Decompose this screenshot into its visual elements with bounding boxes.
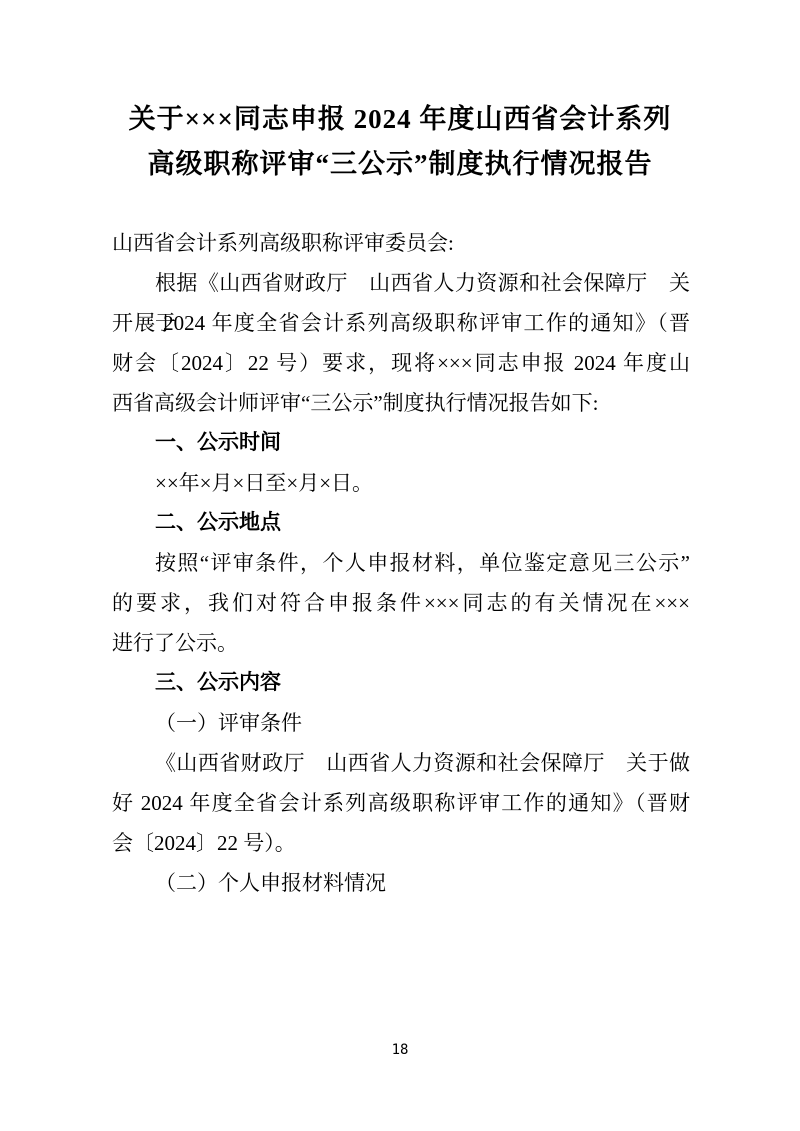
heading-publicity-time: 一、公示时间 bbox=[112, 423, 690, 463]
body-line-place-3: 进行了公示。 bbox=[112, 623, 690, 663]
page-number: 18 bbox=[0, 1040, 800, 1060]
body-line-criteria-2: 好 2024 年度全省会计系列高级职称评审工作的通知》（晋财 bbox=[112, 783, 690, 823]
body-line-intro-3: 财会〔2024〕22 号）要求，现将×××同志申报 2024 年度山 bbox=[112, 343, 690, 383]
body-line-intro-4: 西省高级会计师评审“三公示”制度执行情况报告如下: bbox=[112, 383, 690, 423]
subheading-review-criteria: （一）评审条件 bbox=[112, 703, 690, 743]
heading-publicity-place: 二、公示地点 bbox=[112, 503, 690, 543]
document-page: 关于×××同志申报 2024 年度山西省会计系列 高级职称评审“三公示”制度执行… bbox=[0, 0, 800, 1131]
subheading-personal-materials: （二）个人申报材料情况 bbox=[112, 863, 690, 903]
body-line-intro-1: 根据《山西省财政厅 山西省人力资源和社会保障厅 关于 bbox=[112, 263, 690, 303]
title-line-2: 高级职称评审“三公示”制度执行情况报告 bbox=[0, 142, 800, 187]
title-line-1: 关于×××同志申报 2024 年度山西省会计系列 bbox=[0, 97, 800, 142]
body-line-criteria-3: 会〔2024〕22 号）。 bbox=[112, 823, 690, 863]
body-line-criteria-1: 《山西省财政厅 山西省人力资源和社会保障厅 关于做 bbox=[112, 743, 690, 783]
body-line-intro-2: 开展 2024 年度全省会计系列高级职称评审工作的通知》（晋 bbox=[112, 303, 690, 343]
body-line-time-value: ××年×月×日至×月×日。 bbox=[112, 463, 690, 503]
document-body: 山西省会计系列高级职称评审委员会: 根据《山西省财政厅 山西省人力资源和社会保障… bbox=[112, 223, 690, 903]
body-line-place-1: 按照“评审条件，个人申报材料，单位鉴定意见三公示” bbox=[112, 543, 690, 583]
document-title: 关于×××同志申报 2024 年度山西省会计系列 高级职称评审“三公示”制度执行… bbox=[0, 97, 800, 187]
body-line-salutation: 山西省会计系列高级职称评审委员会: bbox=[112, 223, 690, 263]
heading-publicity-content: 三、公示内容 bbox=[112, 663, 690, 703]
body-line-place-2: 的要求，我们对符合申报条件×××同志的有关情况在××× bbox=[112, 583, 690, 623]
